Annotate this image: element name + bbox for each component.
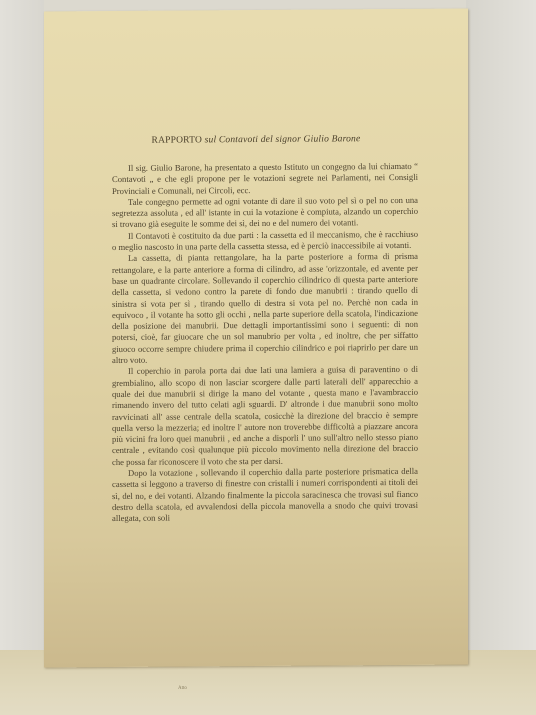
paragraph: Il coperchio in parola porta dai due lat… [112, 364, 418, 468]
paragraph: La cassetta, di pianta rettangolare, ha … [112, 251, 418, 366]
title-rest: sul Contavoti del signor Giulio Barone [205, 134, 361, 145]
under-sheet-mark: Atto [178, 686, 187, 691]
paragraph: Dopo la votazione , sollevando il coperc… [112, 466, 418, 525]
background-left [0, 0, 44, 715]
document-body: Il sig. Giulio Barone, ha presentato a q… [112, 161, 418, 525]
paragraph: Il sig. Giulio Barone, ha presentato a q… [112, 161, 418, 197]
document-title: RAPPORTO sul Contavoti del signor Giulio… [44, 134, 468, 147]
background-right [466, 0, 536, 715]
paragraph: Il Contavoti è costituito da due parti :… [112, 229, 418, 254]
title-lead: RAPPORTO [152, 135, 202, 145]
paragraph: Tale congegno permette ad ogni votante d… [112, 195, 418, 231]
document-page: RAPPORTO sul Contavoti del signor Giulio… [44, 9, 468, 668]
